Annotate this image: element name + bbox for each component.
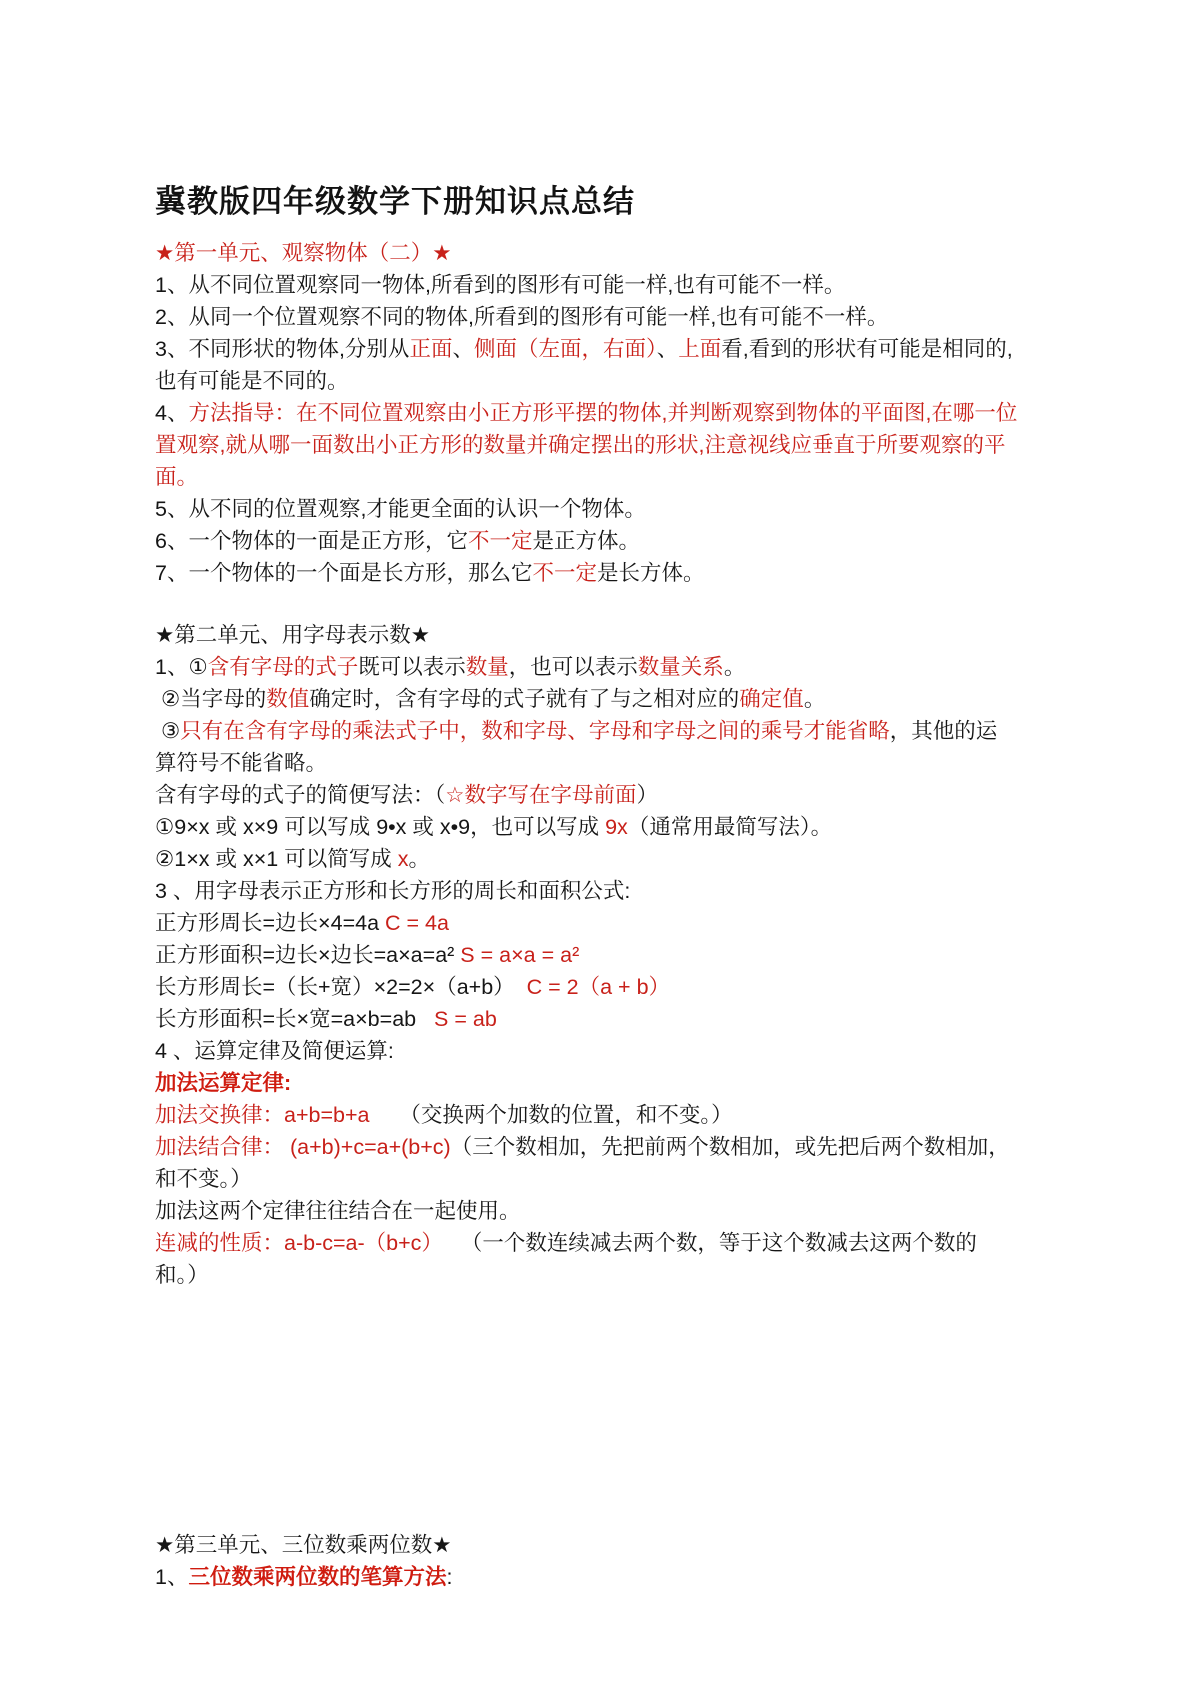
text-segment: 不一定 [532, 561, 597, 585]
text-segment: 也有可能是不同的。 [155, 369, 349, 393]
unit1-item-7: 7、一个物体的一个面是长方形，那么它不一定是长方体。 [155, 557, 1053, 589]
text-segment: 。 [408, 847, 430, 871]
text-segment: 加法结合律： (a+b)+c=a+(b+c) [155, 1135, 451, 1159]
text-segment: 上面 [678, 337, 721, 361]
text-segment: 看,看到的形状有可能是相同的, [721, 337, 1012, 361]
text-segment: : [446, 1565, 452, 1589]
text-segment: 算符号不能省略。 [155, 751, 327, 775]
formula-square-area: 正方形面积=边长×边长=a×a=a² S = a×a = a² [155, 939, 1053, 971]
formula-rect-area: 长方形面积=长×宽=a×b=ab S = ab [155, 1003, 1053, 1035]
law-commutative: 加法交换律：a+b=b+a （交换两个加数的位置，和不变。） [155, 1099, 1053, 1131]
text-segment: ★第二单元、用字母表示数★ [155, 623, 430, 647]
text-segment: 3、不同形状的物体,分别从 [155, 337, 409, 361]
text-segment: ②当字母的 [155, 687, 266, 711]
text-segment: 3 、用字母表示正方形和长方形的周长和面积公式: [155, 879, 630, 903]
unit1-item-6: 6、一个物体的一面是正方形，它不一定是正方体。 [155, 525, 1053, 557]
text-segment: 。 [804, 687, 826, 711]
text-segment: 2、从同一个位置观察不同的物体,所看到的图形有可能一样,也有可能不一样。 [155, 305, 888, 329]
text-segment: 既可以表示 [358, 655, 466, 679]
text-segment: 正方形周长=边长×4=4a [155, 911, 385, 935]
text-segment: 6、一个物体的一面是正方形，它 [155, 529, 468, 553]
text-segment: 正方形面积=边长×边长=a×a=a² [155, 943, 460, 967]
text-segment: 和。） [155, 1263, 209, 1287]
text-segment: 1、① [155, 655, 208, 679]
text-segment: 只有在含有字母的乘法式子中，数和字母、字母和字母之间的乘号才能省略 [180, 719, 890, 743]
unit2-shorthand-example-1: ①9×x 或 x×9 可以写成 9•x 或 x•9，也可以写成 9x（通常用最简… [155, 811, 1053, 843]
text-segment: 、 [452, 337, 474, 361]
unit1-item-5: 5、从不同的位置观察,才能更全面的认识一个物体。 [155, 493, 1053, 525]
text-segment: 5、从不同的位置观察,才能更全面的认识一个物体。 [155, 497, 646, 521]
text-segment: 、 [657, 337, 679, 361]
text-segment: S = ab [434, 1007, 497, 1031]
text-segment: 加法交换律：a+b=b+a [155, 1103, 370, 1127]
document-body: ★第一单元、观察物体（二）★1、从不同位置观察同一物体,所看到的图形有可能一样,… [155, 237, 1053, 1593]
unit2-item-1-sub2: ②当字母的数值确定时，含有字母的式子就有了与之相对应的确定值。 [155, 683, 1053, 715]
unit1-item-4-line1: 4、方法指导：在不同位置观察由小正方形平摆的物体,并判断观察到物体的平面图,在哪… [155, 397, 1053, 429]
unit2-item-1-sub3-line2: 算符号不能省略。 [155, 747, 1053, 779]
text-segment: 和不变。） [155, 1167, 252, 1191]
text-segment: 数值 [266, 687, 309, 711]
unit2-item-1-sub3-line1: ③只有在含有字母的乘法式子中，数和字母、字母和字母之间的乘号才能省略，其他的运 [155, 715, 1053, 747]
text-segment: 数量关系 [638, 655, 724, 679]
text-segment: 确定值 [739, 687, 804, 711]
text-segment: C = 2（a + b） [527, 975, 670, 999]
text-segment: （通常用最简写法）。 [628, 815, 832, 839]
law-subtraction-line1: 连减的性质：a-b-c=a-（b+c） （一个数连续减去两个数，等于这个数减去这… [155, 1227, 1053, 1259]
unit1-item-3-line2: 也有可能是不同的。 [155, 365, 1053, 397]
text-segment: 1、从不同位置观察同一物体,所看到的图形有可能一样,也有可能不一样。 [155, 273, 845, 297]
unit2-item-1-sub1: 1、①含有字母的式子既可以表示数量，也可以表示数量关系。 [155, 651, 1053, 683]
text-segment: x [398, 847, 409, 871]
text-segment: 7、一个物体的一个面是长方形，那么它 [155, 561, 532, 585]
blank-line [155, 589, 1053, 619]
text-segment: ） [637, 783, 659, 807]
unit1-item-3-line1: 3、不同形状的物体,分别从正面、侧面（左面，右面）、上面看,看到的形状有可能是相… [155, 333, 1053, 365]
text-segment: 。 [724, 655, 746, 679]
text-segment: ，其他的运 [890, 719, 998, 743]
formula-square-perimeter: 正方形周长=边长×4=4a C = 4a [155, 907, 1053, 939]
page-title: 冀教版四年级数学下册知识点总结 [155, 176, 1053, 221]
text-segment: 加法运算定律: [155, 1071, 291, 1095]
text-segment: S = a×a = a² [460, 943, 579, 967]
text-segment: 面。 [155, 465, 198, 489]
text-segment: 4、 [155, 401, 188, 425]
unit1-item-1: 1、从不同位置观察同一物体,所看到的图形有可能一样,也有可能不一样。 [155, 269, 1053, 301]
text-segment: 不一定 [468, 529, 533, 553]
text-segment: 正面 [409, 337, 452, 361]
formula-rect-perimeter: 长方形周长=（长+宽）×2=2×（a+b） C = 2（a + b） [155, 971, 1053, 1003]
text-segment: 含有字母的式子 [208, 655, 359, 679]
text-segment: 三位数乘两位数的笔算方法 [188, 1565, 446, 1589]
text-segment: ①9×x 或 x×9 可以写成 9•x 或 x•9，也可以写成 [155, 815, 605, 839]
addition-laws-header: 加法运算定律: [155, 1067, 1053, 1099]
text-segment: 含有字母的式子的简便写法：（ [155, 783, 445, 807]
text-segment: 4 、运算定律及简便运算: [155, 1039, 394, 1063]
law-associative-line2: 和不变。） [155, 1163, 1053, 1195]
text-segment: 长方形周长=（长+宽）×2=2×（a+b） [155, 975, 527, 999]
text-segment: 1、 [155, 1565, 188, 1589]
unit1-item-4-line2: 置观察,就从哪一面数出小正方形的数量并确定摆出的形状,注意视线应垂直于所要观察的… [155, 429, 1053, 461]
text-segment: ③ [155, 719, 180, 743]
text-segment: 长方形面积=长×宽=a×b=ab [155, 1007, 434, 1031]
unit3-header: ★第三单元、三位数乘两位数★ [155, 1529, 1053, 1561]
text-segment: （交换两个加数的位置，和不变。） [370, 1103, 733, 1127]
text-segment: 侧面（左面，右面） [474, 337, 657, 361]
text-segment: 连减的性质：a-b-c=a-（b+c） [155, 1231, 443, 1255]
text-segment: ★第三单元、三位数乘两位数★ [155, 1533, 452, 1557]
law-subtraction-line2: 和。） [155, 1259, 1053, 1291]
text-segment: 数量 [466, 655, 509, 679]
unit2-item-4: 4 、运算定律及简便运算: [155, 1035, 1053, 1067]
text-segment: 加法这两个定律往往结合在一起使用。 [155, 1199, 521, 1223]
law-associative-line1: 加法结合律： (a+b)+c=a+(b+c)（三个数相加，先把前两个数相加，或先… [155, 1131, 1053, 1163]
unit2-shorthand-rule: 含有字母的式子的简便写法：（☆数字写在字母前面） [155, 779, 1053, 811]
text-segment: ★第一单元、观察物体（二）★ [155, 241, 452, 265]
text-segment: 确定时，含有字母的式子就有了与之相对应的 [309, 687, 739, 711]
unit2-item-3: 3 、用字母表示正方形和长方形的周长和面积公式: [155, 875, 1053, 907]
laws-combined-note: 加法这两个定律往往结合在一起使用。 [155, 1195, 1053, 1227]
unit1-item-2: 2、从同一个位置观察不同的物体,所看到的图形有可能一样,也有可能不一样。 [155, 301, 1053, 333]
unit1-header: ★第一单元、观察物体（二）★ [155, 237, 1053, 269]
unit2-shorthand-example-2: ②1×x 或 x×1 可以简写成 x。 [155, 843, 1053, 875]
text-segment: C = 4a [385, 911, 449, 935]
unit1-item-4-line3: 面。 [155, 461, 1053, 493]
text-segment: 是正方体。 [532, 529, 640, 553]
document-page: 冀教版四年级数学下册知识点总结 ★第一单元、观察物体（二）★1、从不同位置观察同… [0, 0, 1191, 1684]
text-segment: 9x [605, 815, 628, 839]
page-break-gap [155, 1291, 1053, 1529]
text-segment: ☆数字写在字母前面 [445, 783, 636, 807]
unit2-header: ★第二单元、用字母表示数★ [155, 619, 1053, 651]
text-segment: 置观察,就从哪一面数出小正方形的数量并确定摆出的形状,注意视线应垂直于所要观察的… [155, 433, 1005, 457]
text-segment: （一个数连续减去两个数，等于这个数减去这两个数的 [443, 1231, 977, 1255]
text-segment: 是长方体。 [597, 561, 705, 585]
text-segment: ，也可以表示 [509, 655, 638, 679]
text-segment: ②1×x 或 x×1 可以简写成 [155, 847, 398, 871]
text-segment: 方法指导：在不同位置观察由小正方形平摆的物体,并判断观察到物体的平面图,在哪一位 [188, 401, 1017, 425]
text-segment: （三个数相加，先把前两个数相加，或先把后两个数相加， [451, 1135, 1010, 1159]
unit3-item-1: 1、三位数乘两位数的笔算方法: [155, 1561, 1053, 1593]
